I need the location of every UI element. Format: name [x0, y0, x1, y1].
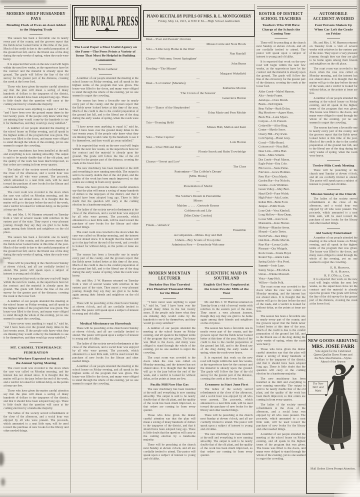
block-p: A number of our people attended the meet…	[310, 97, 358, 125]
block-sub: Four Persons Shaken Up When Car Left the…	[312, 23, 355, 36]
block-rule	[99, 319, 112, 320]
block-p: Those who have given the matter careful …	[73, 186, 139, 207]
block-p: There will be preaching at the church ne…	[4, 262, 69, 276]
block-p: The season has been a favorable one in n…	[257, 315, 306, 347]
block-p: The new machinery has been installed at …	[257, 377, 306, 402]
block-rule	[275, 38, 288, 39]
block-sub: English Girl Now Employed at the Great P…	[203, 283, 250, 296]
block-p: The season has been a favorable one in n…	[201, 327, 253, 355]
block-h: AUTOMOBILE ACCIDENT AVOIDED	[309, 12, 358, 22]
block-p: The court room was crowded to the doors …	[144, 356, 196, 381]
block-p: Those who have given the matter careful …	[4, 86, 69, 107]
block-p: The court room was crowded to the doors …	[73, 231, 139, 252]
block-ch: Mission Sunday at the Church	[309, 192, 358, 197]
block-rule	[327, 228, 340, 229]
page-corner-curl	[334, 467, 360, 497]
block-sub: Noted Workers Expected to Speak at the A…	[6, 357, 66, 366]
block-p: A number of our people attended the meet…	[257, 433, 306, 461]
ad-sign: The NewSkirt andWaist	[308, 381, 328, 395]
block-p: "I have never seen anything to equal it,…	[4, 323, 69, 341]
block-deck: The Local Paper a Most Useful Agency on …	[74, 45, 137, 62]
mid-left-column: MODERN MOUNTAIN LECTURERBerkeley Boy Has…	[143, 269, 196, 492]
block-p: The new machinery has been installed at …	[144, 388, 196, 413]
block-p: A number of our people attended the meet…	[144, 327, 196, 355]
block-c: By News Gatherer	[72, 68, 139, 72]
block-h: ROSTER OF DISTRICT SCHOOL TEACHERS	[256, 12, 306, 22]
block-p: "I have never seen anything to equal it,…	[4, 108, 69, 126]
block-p: It is expected that work on the new road…	[257, 60, 306, 88]
block-toprule	[310, 6, 357, 9]
scan-smudge	[1, 478, 5, 486]
block-rule	[327, 38, 340, 39]
block-toprule	[4, 6, 68, 9]
block-p: A number of our people attended the meet…	[4, 300, 69, 321]
block-p: There will be preaching at the church ne…	[73, 302, 139, 316]
block-p: The season has been a favorable one in n…	[73, 254, 139, 279]
column-4: ROSTER OF DISTRICT SCHOOL TEACHERSTeache…	[256, 6, 306, 492]
block-h2: MT. CARMEL TEMPERANCE FEDERATION	[3, 346, 69, 356]
block-p: The new machinery has been installed at …	[4, 150, 69, 168]
block-p: Those who have given the matter careful …	[144, 414, 196, 442]
mid-right-text: SCIENTIFIC MAID IN SOUTHLANDEnglish Girl…	[200, 271, 253, 457]
column-5-text: AUTOMOBILE ACCIDENT AVOIDEDFour Persons …	[309, 6, 358, 306]
block-p: The court room was crowded to the doors …	[4, 367, 69, 388]
block-p: The court room was crowded to the doors …	[4, 191, 69, 212]
section-divider	[143, 266, 253, 267]
column-1-text: MODERN SHEEP HUSBANDRY PAYSBreeding Floc…	[3, 6, 69, 433]
column-rule	[70, 4, 71, 493]
newspaper-page: MODERN SHEEP HUSBANDRY PAYSBreeding Floc…	[0, 0, 360, 497]
block-ch: Medical Missionary on Horseback	[72, 322, 139, 327]
block-rule	[99, 65, 112, 66]
column-5: AUTOMOBILE ACCIDENT AVOIDEDFour Persons …	[309, 6, 358, 333]
block-p: Mr. and Mrs. J. W. Harmon returned on Tu…	[4, 214, 69, 235]
block-p: A number of our people attended the meet…	[73, 365, 139, 386]
block-p: It is expected that work on the new road…	[310, 278, 358, 306]
block-p: The court room was crowded to the doors …	[257, 285, 306, 313]
fashion-figure-illustration	[310, 364, 358, 464]
mid-right-column: SCIENTIFIC MAID IN SOUTHLANDEnglish Girl…	[200, 269, 253, 492]
block-p: It is expected that work on the new road…	[4, 278, 69, 299]
block-sub: Teachers Who Will Have Charge of the Sch…	[259, 23, 303, 36]
block-p: The season has been a favorable one in n…	[310, 126, 358, 158]
block-p: Those who have given the matter careful …	[257, 348, 306, 376]
block-rule	[220, 298, 233, 299]
column-2: The Local Paper a Most Useful Agency on …	[72, 42, 139, 492]
block-p: The new machinery has been installed at …	[73, 167, 139, 185]
block-p: Mr. and Mrs. J. W. Harmon returned on Tu…	[310, 41, 358, 66]
block-sub: Berkeley Boy Has Traveled Five Hundred T…	[146, 283, 193, 296]
block-p: It is expected that work on the new road…	[73, 145, 139, 166]
block-p: "I have never seen anything to equal it,…	[144, 301, 196, 326]
block-rule	[30, 343, 43, 344]
block-ch: Creamery to Start June First	[200, 382, 253, 387]
page-edge-shadow	[0, 493, 360, 497]
block-p: There will be preaching at the church ne…	[257, 41, 306, 59]
block-rule	[99, 74, 112, 75]
block-rule	[327, 189, 340, 190]
block-p: The season has been a favorable one in n…	[73, 100, 139, 125]
block-sub: Breeding Flock of Ewes an Asset Added to…	[6, 23, 66, 32]
block-p: It is expected that work on the new road…	[4, 63, 69, 84]
block-ch: Pacific Mill Now Has Gas	[143, 382, 196, 387]
block-p: The ladies of the society served refresh…	[201, 388, 253, 413]
column-rule	[254, 4, 255, 493]
block-p: The ladies of the society served refresh…	[310, 197, 358, 225]
block-p: The new machinery has been installed at …	[201, 433, 253, 458]
block-p: A number of our people attended the meet…	[4, 127, 69, 148]
block-rule	[163, 298, 176, 299]
column-1: MODERN SHEEP HUSBANDRY PAYSBreeding Floc…	[3, 6, 69, 492]
block-p: The ladies of the society served refresh…	[257, 403, 306, 431]
block-rule	[327, 160, 340, 161]
block-h: MODERN SHEEP HUSBANDRY PAYS	[3, 12, 69, 22]
block-p: The season has been a favorable one in n…	[4, 236, 69, 261]
block-p: A number of our people attended the meet…	[310, 236, 358, 264]
block-p: Those who have given the matter careful …	[4, 390, 69, 411]
block-p: It is expected that work on the new road…	[201, 356, 253, 381]
ad-copy: Sole Agent for the CelebratedQueen Quali…	[307, 350, 359, 364]
block-p: The ladies of the society served refresh…	[4, 169, 69, 190]
block-toprule	[257, 6, 305, 9]
ad-sign-lines: The NewSkirt andWaist	[309, 383, 327, 394]
block-p: The ladies of the society served refresh…	[73, 343, 139, 364]
scan-smudge	[0, 0, 46, 3]
block-ch: Aid Society Entertained	[309, 231, 358, 236]
block-ch: Twelve-Mile Creek Meeting	[309, 163, 358, 168]
block-h: SCIENTIFIC MAID IN SOUTHLAND	[200, 271, 253, 281]
masthead-ornament-icon	[96, 30, 118, 31]
ad-figure-area: The NewSkirt andWaist	[307, 364, 359, 467]
recital-header-text: PIANO RECITAL BY PUPILS OF MRS. R. L. MO…	[144, 11, 254, 24]
block-h: MODERN MOUNTAIN LECTURER	[143, 271, 196, 281]
block-p: The ladies of the society served refresh…	[4, 412, 69, 433]
block-p: There will be preaching at the church ne…	[201, 414, 253, 432]
page-edge-shadow	[356, 0, 360, 497]
block-p: A number of our people attended the meet…	[73, 77, 139, 98]
column-4-text: ROSTER OF DISTRICT SCHOOL TEACHERSTeache…	[256, 6, 306, 461]
block-rule	[30, 34, 43, 35]
block-p: There will be preaching at the church ne…	[73, 327, 139, 341]
recital-program-lines: Duet—'Poet and Peasant' OvertureMisses C…	[143, 37, 253, 248]
ad-sign-line: Waist	[309, 390, 327, 394]
advertisement-content: NEW GOODS ARRIVING MRS. JOSIE FARR Sole …	[307, 338, 359, 471]
block-p: There will be preaching at the church ne…	[144, 443, 196, 461]
column-2-text: The Local Paper a Most Useful Agency on …	[72, 45, 139, 386]
column-rule	[197, 270, 198, 490]
masthead: THE RURAL PRESS	[72, 5, 141, 41]
block-p: The ladies of the society served refresh…	[73, 209, 139, 230]
block-pc: Admission Free — Everybody Welcome	[143, 243, 253, 248]
mid-left-text: MODERN MOUNTAIN LECTURERBerkeley Boy Has…	[143, 271, 196, 461]
column-rule	[141, 4, 142, 493]
block-p: The court room was crowded to the doors …	[310, 67, 358, 95]
block-p: Mr. and Mrs. J. W. Harmon returned on Tu…	[73, 280, 139, 301]
block-p: The season has been a favorable one in n…	[4, 37, 69, 62]
recital-program: Duet—'Poet and Peasant' OvertureMisses C…	[143, 37, 253, 266]
block-p: There will be preaching at the church ne…	[310, 169, 358, 187]
block-p: "I have never seen anything to equal it,…	[73, 126, 139, 144]
block-p: Mr. and Mrs. J. W. Harmon returned on Tu…	[201, 301, 253, 326]
recital-date-line: Friday, May 14, 1915, at 8:30 P. M.—High…	[144, 19, 254, 24]
scan-smudge	[0, 258, 3, 264]
recital-header-box: PIANO RECITAL BY PUPILS OF MRS. R. L. MO…	[143, 10, 255, 37]
